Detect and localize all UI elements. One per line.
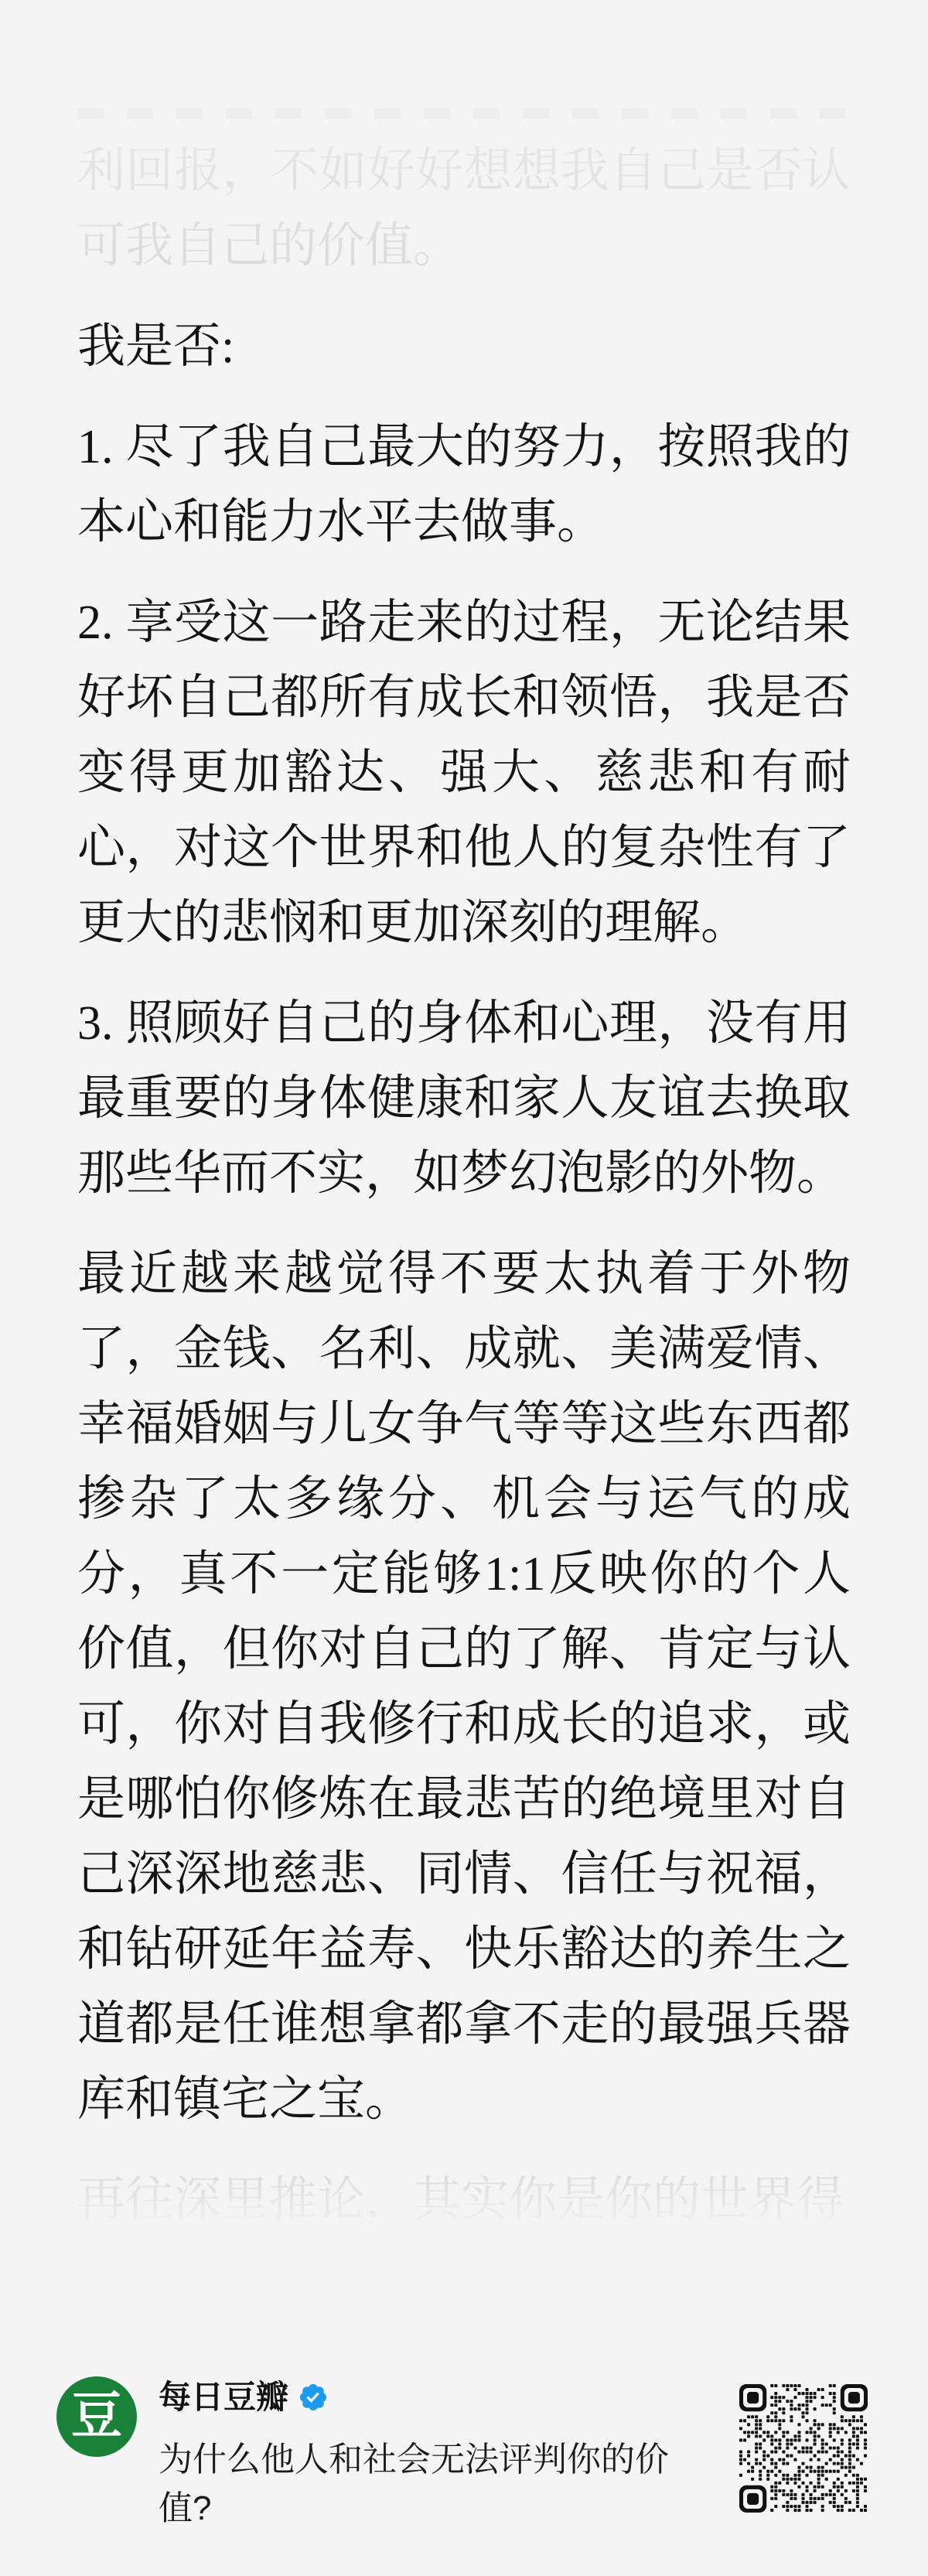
douban-logo-glyph: 豆 [71,2390,122,2441]
list-item: 3. 照顾好自己的身体和心理，没有用最重要的身体健康和家人友谊去换取那些华而不实… [77,986,851,1211]
main-paragraph: 最近越来越觉得不要太执着于外物了，金钱、名利、成就、美满爱情、幸福婚姻与儿女争气… [77,1237,851,2137]
list-item: 2. 享受这一路走来的过程，无论结果好坏自己都所有成长和领悟，我是否变得更加豁达… [77,586,851,961]
list-item: 1. 尽了我自己最大的努力，按照我的本心和能力水平去做事。 [77,410,851,560]
article-body: 利回报，不如好好想想我自己是否认可我自己的价值。 我是否: 1. 尽了我自己最大… [77,134,851,2263]
post-title: 为什么他人和社会无法评判你的价值? [159,2435,692,2533]
footer-texts: 每日豆瓣 为什么他人和社会无法评判你的价值? [159,2376,692,2533]
account-name: 每日豆瓣 [159,2378,288,2417]
clipped-previous-line [77,108,851,118]
quote-card-page: 利回报，不如好好想想我自己是否认可我自己的价值。 我是否: 1. 尽了我自己最大… [0,0,928,2576]
verified-badge-icon [298,2382,329,2413]
footer: 豆 每日豆瓣 为什么他人和社会无法评判你的价值? [56,2376,868,2533]
question-label: 我是否: [77,309,851,384]
faded-intro-paragraph: 利回报，不如好好想想我自己是否认可我自己的价值。 [77,134,851,284]
douban-logo: 豆 [56,2376,137,2457]
faded-outro-paragraph: 再往深里推论，其实你是你的世界得 [77,2163,851,2238]
account-row: 每日豆瓣 [159,2378,692,2417]
qr-code [739,2384,868,2513]
